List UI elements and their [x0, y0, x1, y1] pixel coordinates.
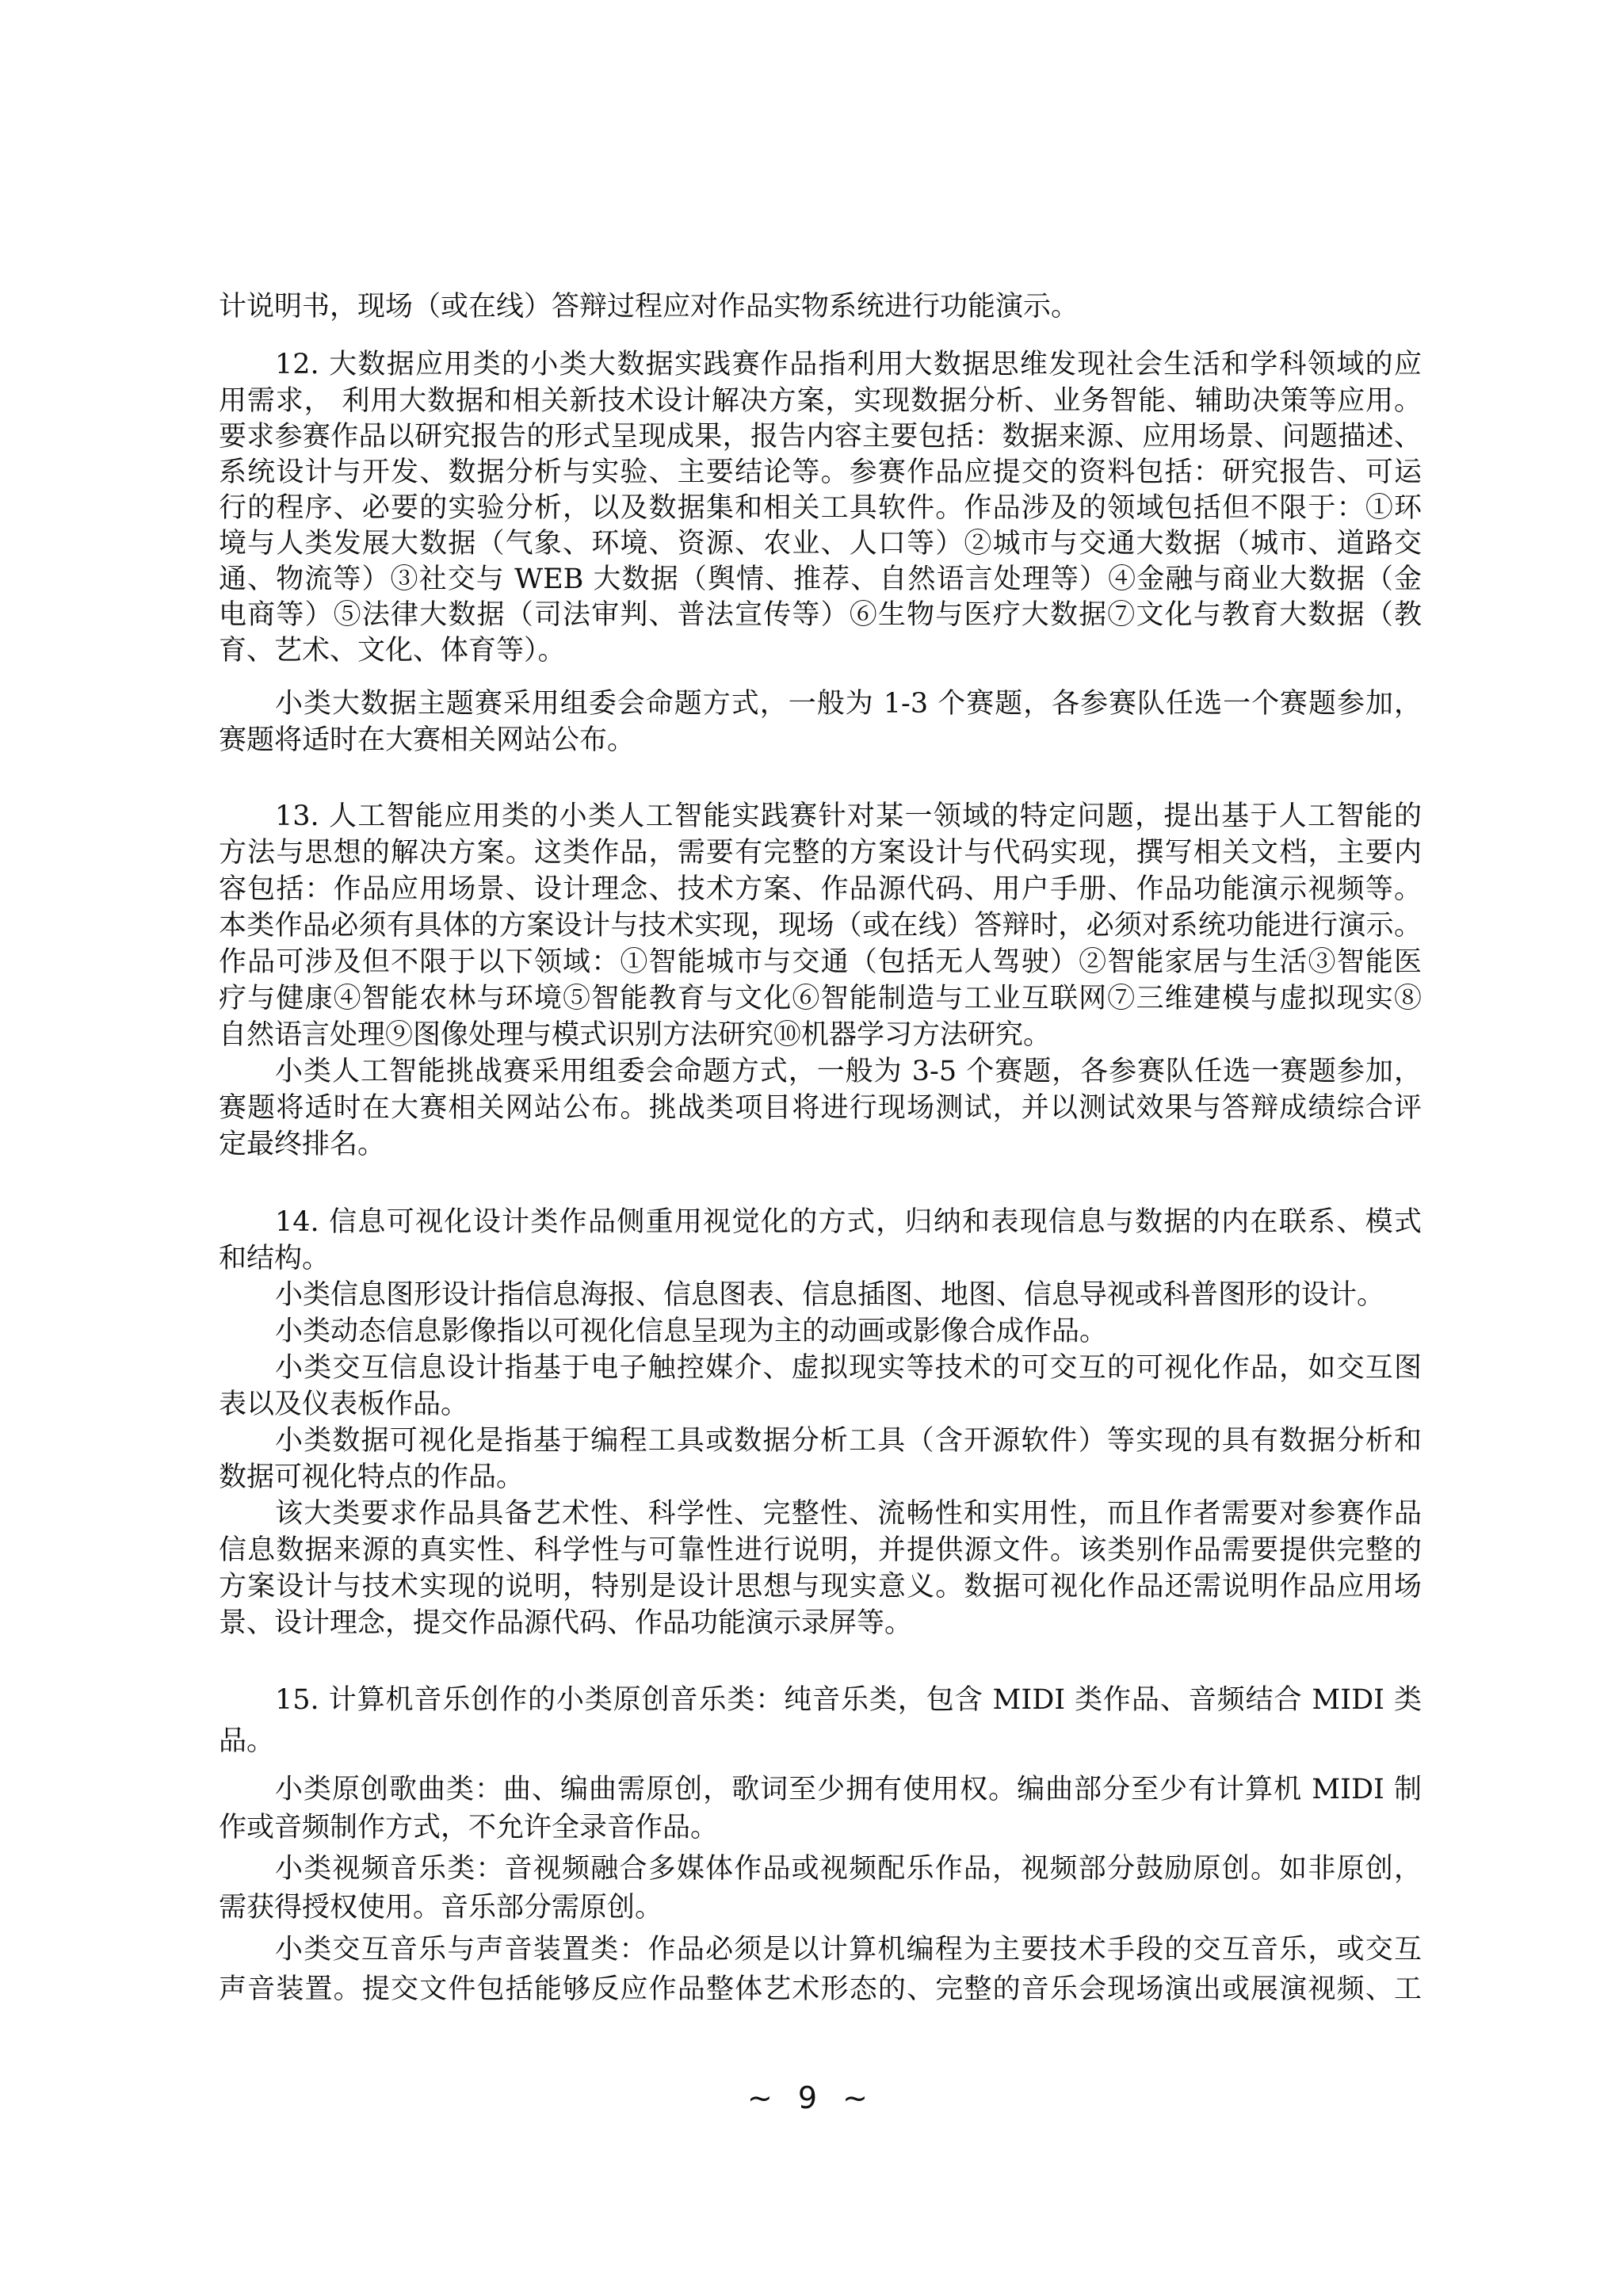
- paragraph-line: 信息数据来源的真实性、科学性与可靠性进行说明，并提供源文件。该类别作品需要提供完…: [219, 1532, 1422, 1568]
- paragraph-line: 表以及仪表板作品。: [219, 1386, 1422, 1423]
- paragraph-line: 疗与健康④智能农林与环境⑤智能教育与文化⑥智能制造与工业互联网⑦三维建模与虚拟现…: [219, 980, 1422, 1017]
- paragraph-line: 定最终排名。: [219, 1126, 1422, 1163]
- paragraph-line: 通、物流等）③社交与 WEB 大数据（舆情、推荐、自然语言处理等）④金融与商业大…: [219, 561, 1422, 598]
- paragraph-line: 品。: [219, 1723, 1422, 1759]
- paragraph-line: 方案设计与技术实现的说明，特别是设计思想与现实意义。数据可视化作品还需说明作品应…: [219, 1568, 1422, 1605]
- paragraph-line: 赛题将适时在大赛相关网站公布。: [219, 722, 1422, 758]
- section-heading-line: 12. 大数据应用类的小类大数据实践赛作品指利用大数据思维发现社会生活和学科领域…: [275, 346, 1422, 383]
- paragraph-line: 小类交互音乐与声音装置类：作品必须是以计算机编程为主要技术手段的交互音乐，或交互: [275, 1931, 1422, 1968]
- document-page: 计说明书，现场（或在线）答辩过程应对作品实物系统进行功能演示。 12. 大数据应…: [0, 0, 1623, 2296]
- paragraph-line: 小类动态信息影像指以可视化信息呈现为主的动画或影像合成作品。: [275, 1313, 1422, 1350]
- paragraph-line: 方法与思想的解决方案。这类作品，需要有完整的方案设计与代码实现，撰写相关文档，主…: [219, 835, 1422, 871]
- paragraph-line: 容包括：作品应用场景、设计理念、技术方案、作品源代码、用户手册、作品功能演示视频…: [219, 871, 1422, 907]
- paragraph-line: 育、艺术、文化、体育等）。: [219, 632, 1422, 669]
- paragraph-line: 计说明书，现场（或在线）答辩过程应对作品实物系统进行功能演示。: [219, 288, 1422, 325]
- paragraph-line: 作或音频制作方式，不允许全录音作品。: [219, 1809, 1422, 1846]
- paragraph-line: 景、设计理念，提交作品源代码、作品功能演示录屏等。: [219, 1605, 1422, 1641]
- paragraph-line: 声音装置。提交文件包括能够反应作品整体艺术形态的、完整的音乐会现场演出或展演视频…: [219, 1971, 1422, 2008]
- paragraph-line: 境与人类发展大数据（气象、环境、资源、农业、人口等）②城市与交通大数据（城市、道…: [219, 525, 1422, 562]
- page-number: ~ 9 ~: [0, 2080, 1623, 2115]
- section-heading-line: 15. 计算机音乐创作的小类原创音乐类：纯音乐类，包含 MIDI 类作品、音频结…: [275, 1682, 1422, 1718]
- paragraph-line: 和结构。: [219, 1240, 1422, 1277]
- paragraph-line: 数据可视化特点的作品。: [219, 1459, 1422, 1496]
- paragraph-line: 要求参赛作品以研究报告的形式呈现成果，报告内容主要包括：数据来源、应用场景、问题…: [219, 418, 1422, 455]
- paragraph-line: 本类作品必须有具体的方案设计与技术实现，现场（或在线）答辩时，必须对系统功能进行…: [219, 907, 1422, 944]
- paragraph-line: 赛题将适时在大赛相关网站公布。挑战类项目将进行现场测试，并以测试效果与答辩成绩综…: [219, 1090, 1422, 1126]
- paragraph-line: 系统设计与开发、数据分析与实验、主要结论等。参赛作品应提交的资料包括：研究报告、…: [219, 454, 1422, 491]
- paragraph-line: 该大类要求作品具备艺术性、科学性、完整性、流畅性和实用性，而且作者需要对参赛作品: [275, 1496, 1422, 1532]
- section-heading-line: 14. 信息可视化设计类作品侧重用视觉化的方式，归纳和表现信息与数据的内在联系、…: [275, 1204, 1422, 1240]
- paragraph-line: 小类视频音乐类：音视频融合多媒体作品或视频配乐作品，视频部分鼓励原创。如非原创，: [275, 1851, 1422, 1887]
- paragraph-line: 小类原创歌曲类：曲、编曲需原创，歌词至少拥有使用权。编曲部分至少有计算机 MID…: [275, 1771, 1422, 1808]
- paragraph-line: 电商等）⑤法律大数据（司法审判、普法宣传等）⑥生物与医疗大数据⑦文化与教育大数据…: [219, 597, 1422, 633]
- paragraph-line: 小类交互信息设计指基于电子触控媒介、虚拟现实等技术的可交互的可视化作品，如交互图: [275, 1350, 1422, 1386]
- paragraph-line: 行的程序、必要的实验分析，以及数据集和相关工具软件。作品涉及的领域包括但不限于：…: [219, 490, 1422, 526]
- section-heading-line: 13. 人工智能应用类的小类人工智能实践赛针对某一领域的特定问题，提出基于人工智…: [275, 798, 1422, 835]
- paragraph-line: 小类大数据主题赛采用组委会命题方式，一般为 1-3 个赛题，各参赛队任选一个赛题…: [275, 686, 1422, 722]
- paragraph-line: 需获得授权使用。音乐部分需原创。: [219, 1889, 1422, 1926]
- paragraph-line: 用需求， 利用大数据和相关新技术设计解决方案，实现数据分析、业务智能、辅助决策等…: [219, 383, 1422, 419]
- paragraph-line: 小类数据可视化是指基于编程工具或数据分析工具（含开源软件）等实现的具有数据分析和: [275, 1423, 1422, 1459]
- paragraph-line: 自然语言处理⑨图像处理与模式识别方法研究⑩机器学习方法研究。: [219, 1017, 1422, 1053]
- paragraph-line: 作品可涉及但不限于以下领域：①智能城市与交通（包括无人驾驶）②智能家居与生活③智…: [219, 944, 1422, 980]
- paragraph-line: 小类人工智能挑战赛采用组委会命题方式，一般为 3-5 个赛题，各参赛队任选一赛题…: [275, 1053, 1422, 1090]
- paragraph-line: 小类信息图形设计指信息海报、信息图表、信息插图、地图、信息导视或科普图形的设计。: [275, 1277, 1422, 1313]
